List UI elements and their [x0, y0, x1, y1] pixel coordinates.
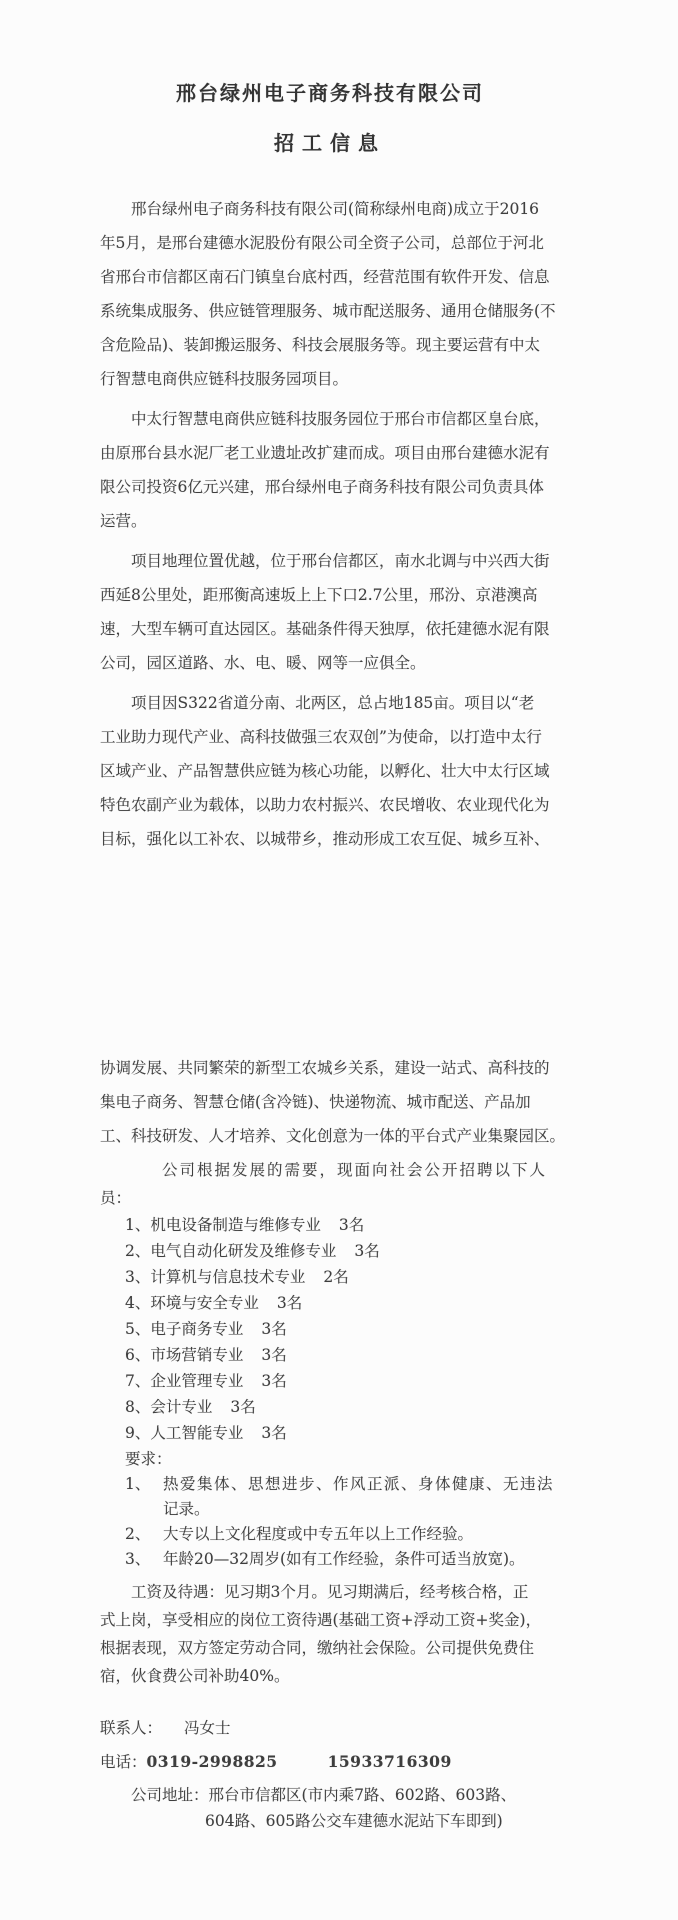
- paragraph-company-intro: 邢台绿州电子商务科技有限公司(简称绿州电商)成立于2016 年5月，是邢台建德水…: [100, 192, 560, 396]
- position-number: 4、: [125, 1294, 150, 1312]
- position-count: 3名: [354, 1242, 379, 1260]
- requirement-line: 大专以上文化程度或中专五年以上工作经验。: [163, 1522, 560, 1547]
- paragraph-line: 协调发展、共同繁荣的新型工农城乡关系，建设一站式、高科技的: [100, 1051, 560, 1085]
- contact-person-row: 联系人：冯女士: [100, 1716, 560, 1740]
- phone-number-landline: 0319-2998825: [147, 1752, 278, 1771]
- paragraph-line: 集电子商务、智慧仓储(含冷链)、快递物流、城市配送、产品加: [100, 1085, 560, 1119]
- position-number: 2、: [125, 1242, 150, 1260]
- contact-person-label: 联系人：: [100, 1719, 162, 1737]
- position-label: 电子商务专业: [150, 1320, 243, 1338]
- position-label: 计算机与信息技术专业: [150, 1268, 305, 1286]
- position-label: 人工智能专业: [150, 1424, 243, 1442]
- position-number: 1、: [125, 1216, 150, 1234]
- contact-address-line: 604路、605路公交车建德水泥站下车即到): [205, 1808, 560, 1834]
- position-item: 3、计算机与信息技术专业2名: [125, 1264, 560, 1290]
- paragraph-line: 区域产业、产品智慧供应链为核心功能，以孵化、壮大中太行区域: [100, 754, 560, 788]
- position-item: 4、环境与安全专业3名: [125, 1290, 560, 1316]
- paragraph-line: 省邢台市信都区南石门镇皇台底村西，经营范围有软件开发、信息: [100, 260, 560, 294]
- position-count: 3名: [261, 1346, 286, 1364]
- phone-number-mobile: 15933716309: [328, 1752, 452, 1771]
- requirement-item: 2、 大专以上文化程度或中专五年以上工作经验。: [125, 1522, 560, 1547]
- document-content: 邢台绿州电子商务科技有限公司 招工信息 邢台绿州电子商务科技有限公司(简称绿州电…: [0, 0, 560, 1834]
- contact-address-label: 公司地址：: [131, 1786, 209, 1804]
- position-item: 1、机电设备制造与维修专业3名: [125, 1212, 560, 1238]
- position-count: 3名: [277, 1294, 302, 1312]
- contact-person-name: 冯女士: [184, 1719, 231, 1737]
- contact-address-text: 邢台市信都区(市内乘7路、602路、603路、: [209, 1786, 517, 1804]
- paragraph-line: 工资及待遇：见习期3个月。见习期满后，经考核合格，正: [100, 1578, 560, 1606]
- position-number: 6、: [125, 1346, 150, 1364]
- requirement-number: 2、: [125, 1522, 163, 1547]
- requirement-text: 热爱集体、思想进步、作风正派、身体健康、无违法 记录。: [163, 1472, 560, 1522]
- position-item: 7、企业管理专业3名: [125, 1368, 560, 1394]
- paragraph-line: 行智慧电商供应链科技服务园项目。: [100, 362, 560, 396]
- paragraph-line: 由原邢台县水泥厂老工业遗址改扩建而成。项目由邢台建德水泥有: [100, 436, 560, 470]
- requirement-line: 记录。: [163, 1497, 560, 1522]
- position-list: 1、机电设备制造与维修专业3名 2、电气自动化研发及维修专业3名 3、计算机与信…: [125, 1212, 560, 1446]
- requirements-header: 要求：: [125, 1446, 560, 1472]
- requirement-number: 3、: [125, 1547, 163, 1572]
- position-item: 2、电气自动化研发及维修专业3名: [125, 1238, 560, 1264]
- paragraph-line: 运营。: [100, 504, 560, 538]
- paragraph-project-mission-part2: 协调发展、共同繁荣的新型工农城乡关系，建设一站式、高科技的 集电子商务、智慧仓储…: [100, 1051, 560, 1153]
- contact-address-line: 公司地址：邢台市信都区(市内乘7路、602路、603路、: [100, 1782, 560, 1808]
- paragraph-line: 式上岗，享受相应的岗位工资待遇(基础工资+浮动工资+奖金)，: [100, 1606, 560, 1634]
- position-item: 8、会计专业3名: [125, 1394, 560, 1420]
- paragraph-salary: 工资及待遇：见习期3个月。见习期满后，经考核合格，正 式上岗，享受相应的岗位工资…: [100, 1578, 560, 1690]
- paragraph-line: 限公司投资6亿元兴建，邢台绿州电子商务科技有限公司负责具体: [100, 470, 560, 504]
- paragraph-location: 项目地理位置优越，位于邢台信都区，南水北调与中兴西大街 西延8公里处，距邢衡高速…: [100, 544, 560, 680]
- position-number: 7、: [125, 1372, 150, 1390]
- paragraph-line: 目标，强化以工补农、以城带乡，推动形成工农互促、城乡互补、: [100, 822, 560, 856]
- position-item: 9、人工智能专业3名: [125, 1420, 560, 1446]
- paragraph-line: 西延8公里处，距邢衡高速坂上上下口2.7公里，邢汾、京港澳高: [100, 578, 560, 612]
- position-count: 3名: [261, 1320, 286, 1338]
- position-count: 3名: [230, 1398, 255, 1416]
- requirement-text: 年龄20—32周岁(如有工作经验，条件可适当放宽)。: [163, 1547, 560, 1572]
- position-label: 机电设备制造与维修专业: [150, 1216, 321, 1234]
- position-label: 环境与安全专业: [150, 1294, 259, 1312]
- scanned-document-page: 邢台绿州电子商务科技有限公司 招工信息 邢台绿州电子商务科技有限公司(简称绿州电…: [0, 0, 678, 1920]
- page-title: 邢台绿州电子商务科技有限公司: [100, 80, 560, 106]
- position-count: 3名: [261, 1372, 286, 1390]
- paragraph-line: 公司，园区道路、水、电、暖、网等一应俱全。: [100, 646, 560, 680]
- position-label: 企业管理专业: [150, 1372, 243, 1390]
- position-number: 8、: [125, 1398, 150, 1416]
- paragraph-line: 特色农副产业为载体，以助力农村振兴、农民增收、农业现代化为: [100, 788, 560, 822]
- paragraph-line: 项目因S322省道分南、北两区，总占地185亩。项目以“老: [100, 686, 560, 720]
- requirement-line: 热爱集体、思想进步、作风正派、身体健康、无违法: [163, 1472, 560, 1497]
- contact-phone-row: 电话：0319-299882515933716309: [100, 1750, 560, 1774]
- position-label: 电气自动化研发及维修专业: [150, 1242, 336, 1260]
- paragraph-line: 根据表现，双方签定劳动合同，缴纳社会保险。公司提供免费住: [100, 1634, 560, 1662]
- requirement-item: 1、 热爱集体、思想进步、作风正派、身体健康、无违法 记录。: [125, 1472, 560, 1522]
- requirement-line: 年龄20—32周岁(如有工作经验，条件可适当放宽)。: [163, 1547, 560, 1572]
- paragraph-line: 中太行智慧电商供应链科技服务园位于邢台市信都区皇台底，: [100, 402, 560, 436]
- paragraph-line: 工业助力现代产业、高科技做强三农双创”为使命，以打造中太行: [100, 720, 560, 754]
- page-subtitle: 招工信息: [100, 130, 560, 156]
- position-label: 市场营销专业: [150, 1346, 243, 1364]
- position-label: 会计专业: [150, 1398, 212, 1416]
- requirement-item: 3、 年龄20—32周岁(如有工作经验，条件可适当放宽)。: [125, 1547, 560, 1572]
- paragraph-line: 速，大型车辆可直达园区。基础条件得天独厚，依托建德水泥有限: [100, 612, 560, 646]
- position-count: 2名: [323, 1268, 348, 1286]
- position-count: 3名: [261, 1424, 286, 1442]
- position-item: 6、市场营销专业3名: [125, 1342, 560, 1368]
- paragraph-line: 含危险品)、装卸搬运服务、科技会展服务等。现主要运营有中太: [100, 328, 560, 362]
- requirement-text: 大专以上文化程度或中专五年以上工作经验。: [163, 1522, 560, 1547]
- contact-address-block: 公司地址：邢台市信都区(市内乘7路、602路、603路、 604路、605路公交…: [100, 1782, 560, 1834]
- paragraph-line: 员：: [100, 1184, 560, 1212]
- paragraph-recruit-intro: 公司根据发展的需要，现面向社会公开招聘以下人 员：: [100, 1156, 560, 1212]
- paragraph-line: 邢台绿州电子商务科技有限公司(简称绿州电商)成立于2016: [100, 192, 560, 226]
- paragraph-line: 项目地理位置优越，位于邢台信都区，南水北调与中兴西大街: [100, 544, 560, 578]
- paragraph-line: 年5月，是邢台建德水泥股份有限公司全资子公司，总部位于河北: [100, 226, 560, 260]
- paragraph-line: 系统集成服务、供应链管理服务、城市配送服务、通用仓储服务(不: [100, 294, 560, 328]
- position-number: 5、: [125, 1320, 150, 1338]
- page-break-gap: [100, 859, 560, 1051]
- position-item: 5、电子商务专业3名: [125, 1316, 560, 1342]
- position-count: 3名: [339, 1216, 364, 1234]
- paragraph-park-intro: 中太行智慧电商供应链科技服务园位于邢台市信都区皇台底， 由原邢台县水泥厂老工业遗…: [100, 402, 560, 538]
- position-number: 3、: [125, 1268, 150, 1286]
- paragraph-line: 公司根据发展的需要，现面向社会公开招聘以下人: [100, 1156, 560, 1184]
- paragraph-project-mission-part1: 项目因S322省道分南、北两区，总占地185亩。项目以“老 工业助力现代产业、高…: [100, 686, 560, 856]
- contact-phone-label: 电话：: [100, 1753, 147, 1771]
- paragraph-line: 工、科技研发、人才培养、文化创意为一体的平台式产业集聚园区。: [100, 1119, 560, 1153]
- requirement-number: 1、: [125, 1472, 163, 1522]
- position-number: 9、: [125, 1424, 150, 1442]
- paragraph-line: 宿，伙食费公司补助40%。: [100, 1662, 560, 1690]
